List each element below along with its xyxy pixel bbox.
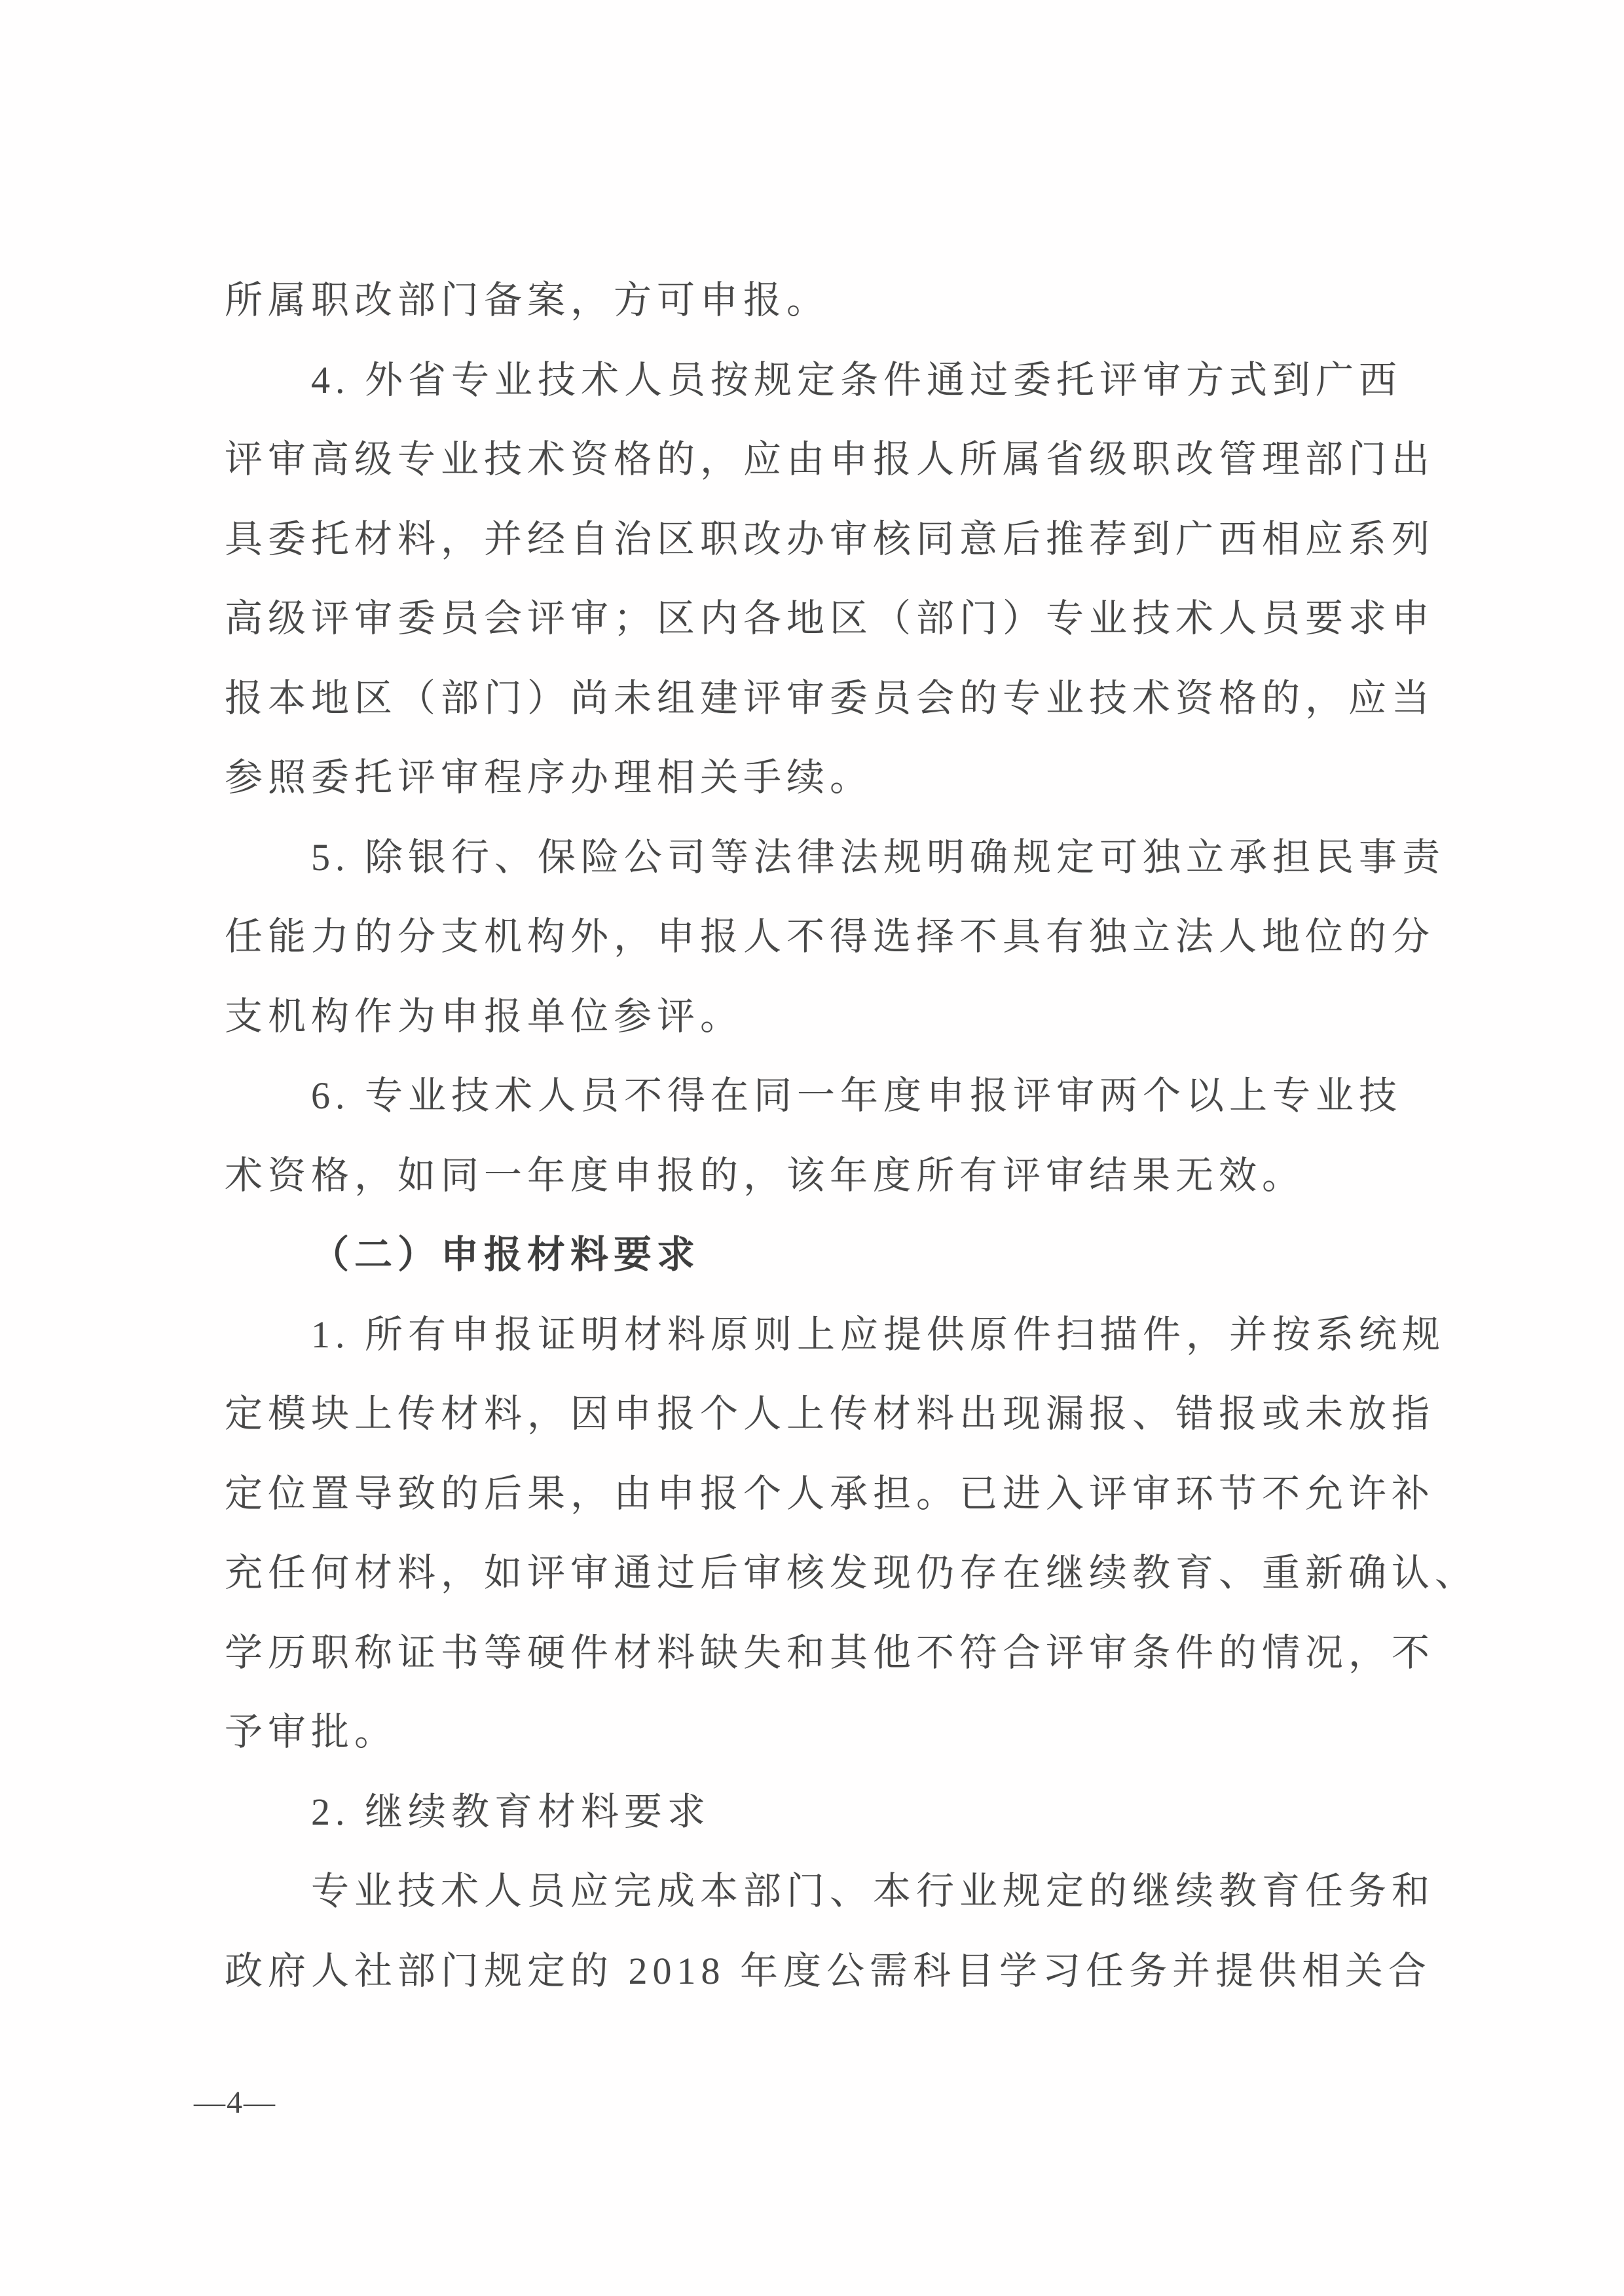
text-line: 专业技术人员应完成本部门、本行业规定的继续教育任务和	[225, 1851, 1397, 1931]
text-line: 术资格，如同一年度申报的，该年度所有评审结果无效。	[225, 1136, 1397, 1216]
text-line: 评审高级专业技术资格的，应由申报人所属省级职改管理部门出	[225, 420, 1397, 500]
text-line: 政府人社部门规定的 2018 年度公需科目学习任务并提供相关合	[225, 1931, 1397, 2011]
text-line: 所属职改部门备案，方可申报。	[225, 261, 1397, 340]
text-line: 6. 专业技术人员不得在同一年度申报评审两个以上专业技	[225, 1056, 1397, 1136]
section-heading: （二）申报材料要求	[225, 1215, 1397, 1295]
scanned-document-page: 所属职改部门备案，方可申报。 4. 外省专业技术人员按规定条件通过委托评审方式到…	[0, 0, 1624, 2296]
text-line: 定模块上传材料，因申报个人上传材料出现漏报、错报或未放指	[225, 1374, 1397, 1454]
text-line: 充任何材料，如评审通过后审核发现仍存在继续教育、重新确认、	[225, 1533, 1397, 1613]
text-line: 具委托材料，并经自治区职改办审核同意后推荐到广西相应系列	[225, 500, 1397, 579]
text-line: 4. 外省专业技术人员按规定条件通过委托评审方式到广西	[225, 340, 1397, 420]
sub-item-heading: 2. 继续教育材料要求	[225, 1772, 1397, 1852]
page-number: —4—	[194, 2083, 276, 2123]
text-line: 任能力的分支机构外，申报人不得选择不具有独立法人地位的分	[225, 897, 1397, 977]
text-line: 学历职称证书等硬件材料缺失和其他不符合评审条件的情况，不	[225, 1613, 1397, 1693]
text-line: 参照委托评审程序办理相关手续。	[225, 738, 1397, 818]
document-body: 所属职改部门备案，方可申报。 4. 外省专业技术人员按规定条件通过委托评审方式到…	[225, 261, 1397, 2011]
text-line: 1. 所有申报证明材料原则上应提供原件扫描件，并按系统规	[225, 1295, 1397, 1375]
text-line: 支机构作为申报单位参评。	[225, 977, 1397, 1057]
text-line: 定位置导致的后果，由申报个人承担。已进入评审环节不允许补	[225, 1454, 1397, 1534]
text-line: 5. 除银行、保险公司等法律法规明确规定可独立承担民事责	[225, 818, 1397, 898]
text-line: 报本地区（部门）尚未组建评审委员会的专业技术资格的，应当	[225, 659, 1397, 738]
text-line: 高级评审委员会评审；区内各地区（部门）专业技术人员要求申	[225, 579, 1397, 659]
text-line: 予审批。	[225, 1692, 1397, 1772]
